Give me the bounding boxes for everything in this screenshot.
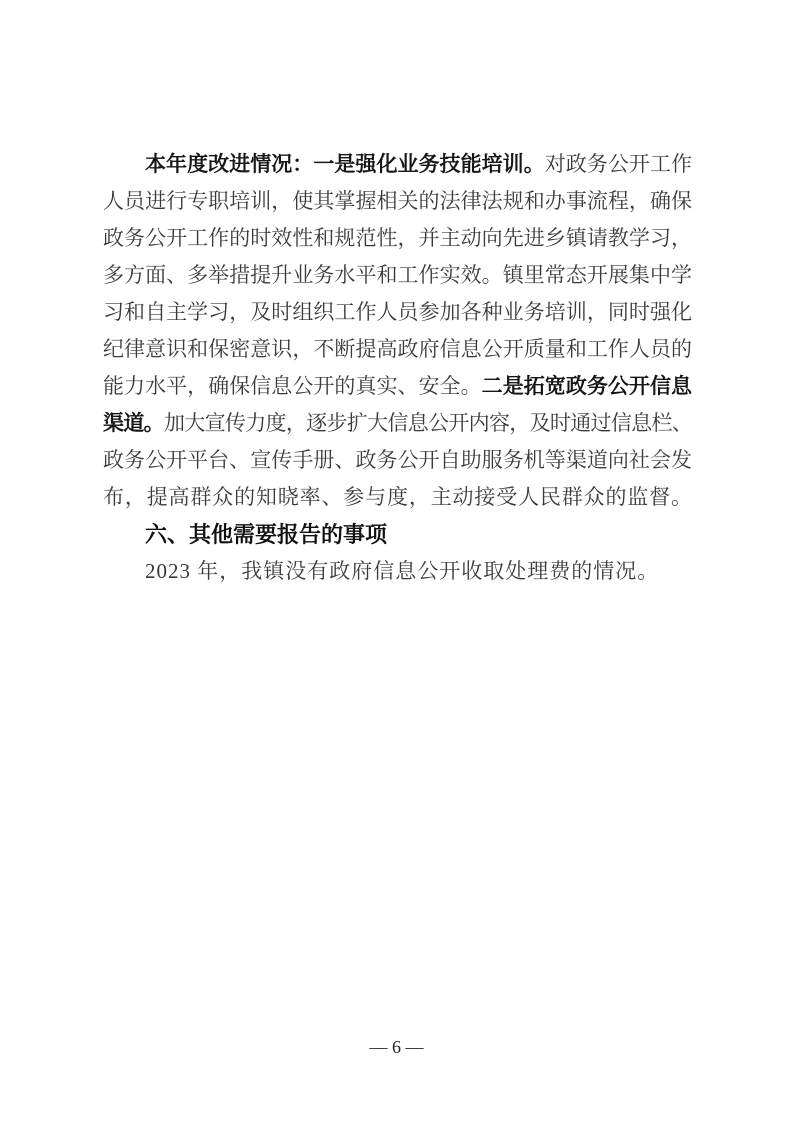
- paragraph-line: 多方面、多举措提升业务水平和工作实效。镇里常态开展集中学: [103, 257, 692, 294]
- paragraph-line: 习和自主学习，及时组织工作人员参加各种业务培训，同时强化: [103, 294, 692, 331]
- document-body: 本年度改进情况：一是强化业务技能培训。对政务公开工作 人员进行专职培训，使其掌握…: [103, 146, 692, 590]
- text-run: 布，提高群众的知晓率、参与度，主动接受人民群众的监督。: [103, 485, 692, 509]
- section-heading-text: 六、其他需要报告的事项: [145, 522, 387, 547]
- bold-run-second-measure: 二是拓宽政务公开信息: [482, 375, 692, 398]
- paragraph-line: 本年度改进情况：一是强化业务技能培训。对政务公开工作: [103, 146, 692, 183]
- bold-run-channels: 渠道。: [103, 412, 164, 435]
- text-run: 政务公开工作的时效性和规范性，并主动向先进乡镇请教学习，: [103, 226, 692, 250]
- text-run: 人员进行专职培训，使其掌握相关的法律法规和办事流程，确保: [103, 189, 692, 213]
- paragraph-line: 政务公开工作的时效性和规范性，并主动向先进乡镇请教学习，: [103, 220, 692, 257]
- section-heading: 六、其他需要报告的事项: [103, 516, 692, 553]
- text-run: 2023 年，我镇没有政府信息公开收取处理费的情况。: [145, 559, 659, 583]
- paragraph-line: 纪律意识和保密意识，不断提高政府信息公开质量和工作人员的: [103, 331, 692, 368]
- text-run: 加大宣传力度，逐步扩大信息公开内容，及时通过信息栏、: [164, 411, 692, 435]
- document-page: 本年度改进情况：一是强化业务技能培训。对政务公开工作 人员进行专职培训，使其掌握…: [0, 0, 793, 1122]
- text-run: 习和自主学习，及时组织工作人员参加各种业务培训，同时强化: [103, 300, 692, 324]
- paragraph-line: 人员进行专职培训，使其掌握相关的法律法规和办事流程，确保: [103, 183, 692, 220]
- text-run: 多方面、多举措提升业务水平和工作实效。镇里常态开展集中学: [103, 263, 692, 287]
- paragraph-line: 渠道。加大宣传力度，逐步扩大信息公开内容，及时通过信息栏、: [103, 405, 692, 442]
- text-run: 对政务公开工作: [545, 152, 692, 176]
- paragraph-line: 布，提高群众的知晓率、参与度，主动接受人民群众的监督。: [103, 479, 692, 516]
- bold-run-improvements-title: 本年度改进情况：一是强化业务技能培训。: [145, 153, 545, 176]
- text-run: 纪律意识和保密意识，不断提高政府信息公开质量和工作人员的: [103, 337, 692, 361]
- paragraph-line: 政务公开平台、宣传手册、政务公开自助服务机等渠道向社会发: [103, 442, 692, 479]
- page-number: — 6 —: [0, 1034, 793, 1060]
- text-run: 政务公开平台、宣传手册、政务公开自助服务机等渠道向社会发: [103, 448, 692, 472]
- closing-line: 2023 年，我镇没有政府信息公开收取处理费的情况。: [103, 553, 692, 590]
- paragraph-line: 能力水平，确保信息公开的真实、安全。二是拓宽政务公开信息: [103, 368, 692, 405]
- text-run: 能力水平，确保信息公开的真实、安全。: [103, 374, 482, 398]
